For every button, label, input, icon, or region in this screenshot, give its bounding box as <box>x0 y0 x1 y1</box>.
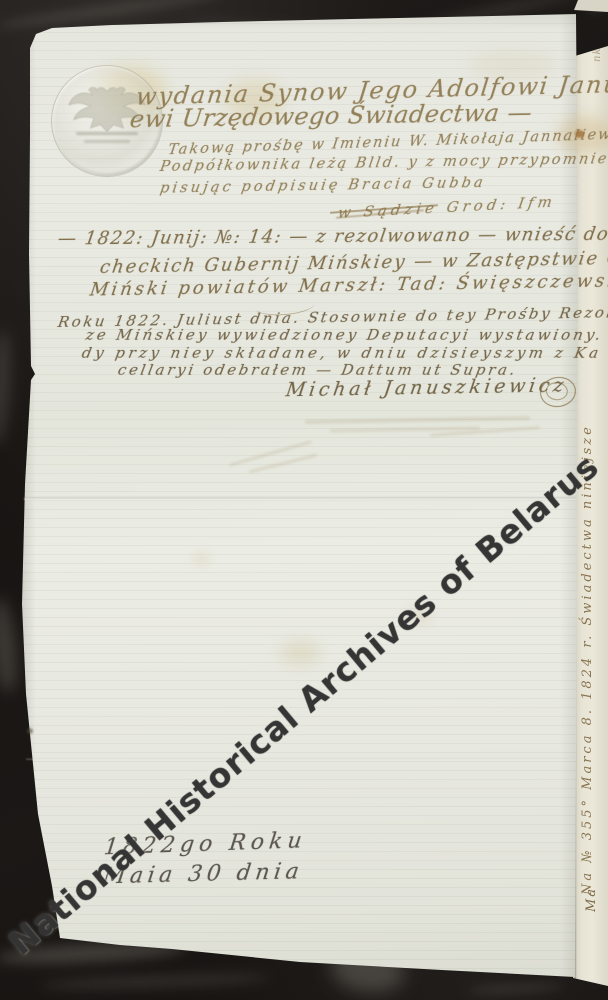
double-headed-eagle-icon <box>62 80 152 138</box>
paper-corner-sliver <box>574 0 608 14</box>
seal-inscription <box>84 140 130 143</box>
wrinkle-highlight <box>40 972 270 991</box>
seal-inscription <box>76 132 138 135</box>
wrinkle-highlight <box>0 597 21 694</box>
wrinkle-highlight <box>0 330 13 446</box>
wrinkle-highlight <box>468 982 563 996</box>
archival-scan: wydania Synow Jego Adolfowi Januszk ewi … <box>0 0 608 1000</box>
embossed-seal <box>51 65 163 177</box>
